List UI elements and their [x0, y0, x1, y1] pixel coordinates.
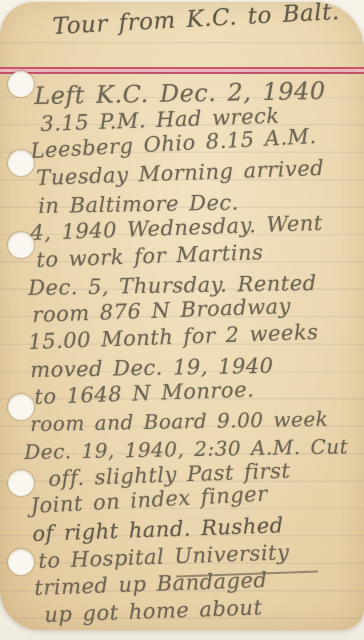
punch-hole [8, 150, 34, 176]
handwritten-line: Left K.C. Dec. 2, 1940 [34, 77, 326, 110]
punch-hole [8, 232, 34, 258]
punch-hole [8, 470, 34, 496]
scanned-photo-background: Tour from K.C. to Balt. Left K.C. Dec. 2… [0, 0, 364, 640]
red-margin-rule [0, 67, 364, 75]
punch-hole [8, 394, 34, 420]
punch-hole [8, 71, 34, 97]
punch-hole [8, 549, 34, 575]
